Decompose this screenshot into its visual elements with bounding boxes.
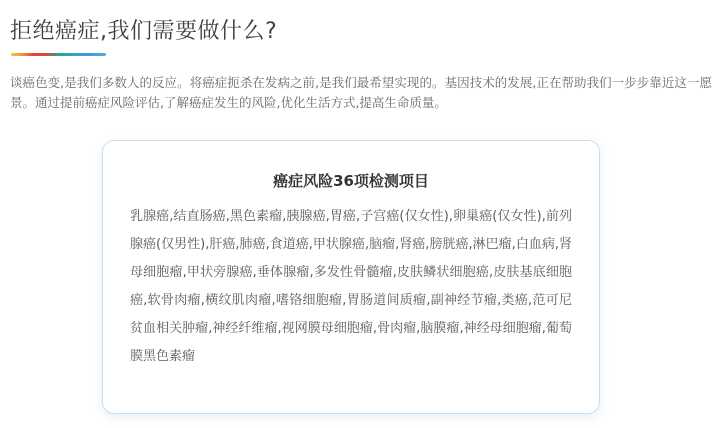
title-accent-underline: [11, 53, 106, 56]
card-body-cancer-list: 乳腺癌,结直肠癌,黑色素瘤,胰腺癌,胃癌,子宫癌(仅女性),卵巢癌(仅女性),前…: [130, 203, 572, 371]
intro-paragraph: 谈癌色变,是我们多数人的反应。将癌症扼杀在发病之前,是我们最希望实现的。基因技术…: [10, 73, 712, 113]
card-title: 癌症风险36项检测项目: [123, 172, 579, 190]
article-page: 拒绝癌症,我们需要做什么? 谈癌色变,是我们多数人的反应。将癌症扼杀在发病之前,…: [0, 0, 720, 414]
cancer-risk-detection-card: 癌症风险36项检测项目 乳腺癌,结直肠癌,黑色素瘤,胰腺癌,胃癌,子宫癌(仅女性…: [102, 140, 600, 414]
page-title: 拒绝癌症,我们需要做什么?: [10, 16, 712, 48]
